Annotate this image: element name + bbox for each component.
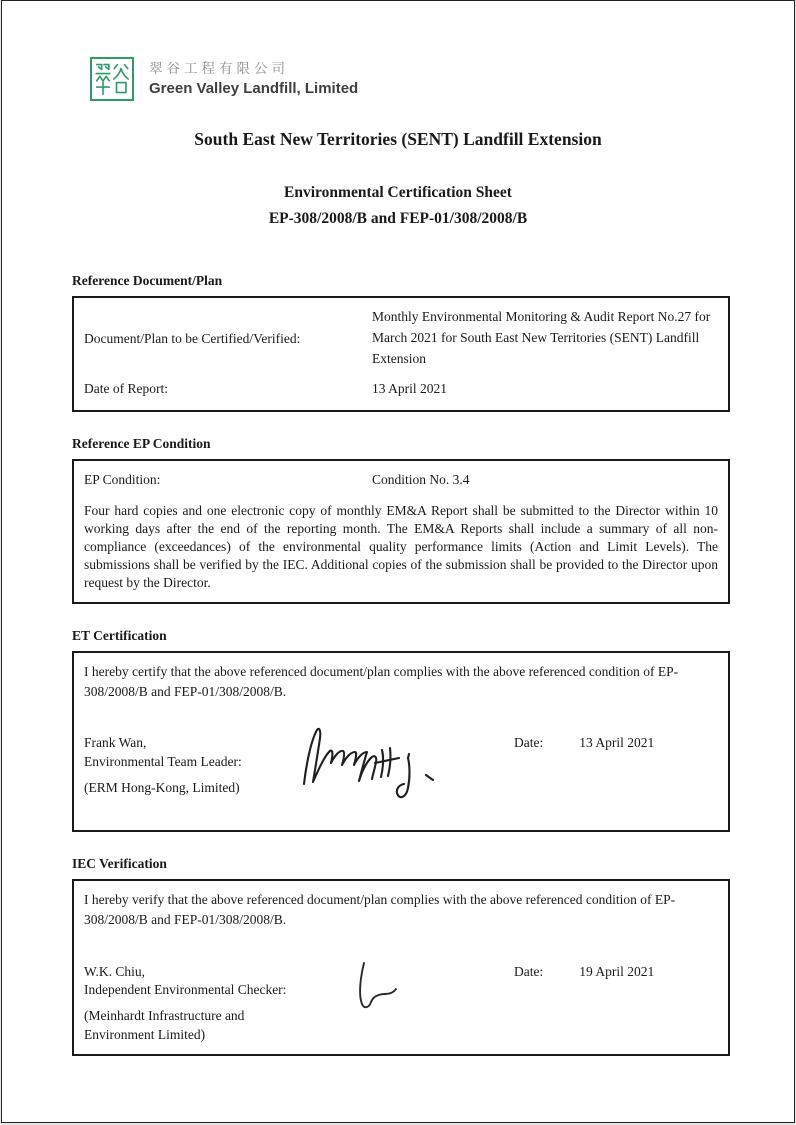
ep-condition-description: Four hard copies and one electronic copy… [84,502,718,592]
section-reference-ep-condition: Reference EP Condition EP Condition: Con… [72,436,730,604]
ep-condition-value: Condition No. 3.4 [372,470,718,491]
iec-verification-heading: IEC Verification [72,856,730,872]
company-name-chinese: 翠谷工程有限公司 [149,59,358,79]
document-body: Reference Document/Plan Document/Plan to… [2,273,794,1056]
iec-date-label: Date: [514,964,543,980]
table-row: Document/Plan to be Certified/Verified: … [84,307,718,370]
subtitle-line-1: Environmental Certification Sheet [2,180,794,206]
company-name-english: Green Valley Landfill, Limited [149,79,358,99]
table-row: EP Condition: Condition No. 3.4 [84,470,718,491]
reference-document-heading: Reference Document/Plan [72,273,730,289]
date-of-report-value: 13 April 2021 [372,379,718,400]
table-row: Date of Report: 13 April 2021 [84,379,718,400]
company-header: 翠谷工程有限公司 Green Valley Landfill, Limited [90,57,794,101]
document-title: South East New Territories (SENT) Landfi… [2,129,794,150]
section-iec-verification: IEC Verification I hereby verify that th… [72,856,730,1056]
iec-date-block: Date: 19 April 2021 [514,964,654,980]
section-reference-document: Reference Document/Plan Document/Plan to… [72,273,730,412]
reference-ep-condition-heading: Reference EP Condition [72,436,730,452]
et-signature-row: Frank Wan, Environmental Team Leader: (E… [84,734,718,820]
document-plan-label: Document/Plan to be Certified/Verified: [84,331,372,347]
et-certification-heading: ET Certification [72,628,730,644]
subtitle-line-2: EP-308/2008/B and FEP-01/308/2008/B [2,206,794,232]
iec-date-value: 19 April 2021 [579,964,654,980]
iec-signature-icon [332,957,422,1023]
et-date-block: Date: 13 April 2021 [514,735,654,751]
iec-verification-box: I hereby verify that the above reference… [72,879,730,1056]
et-certification-box: I hereby certify that the above referenc… [72,651,730,833]
company-name-block: 翠谷工程有限公司 Green Valley Landfill, Limited [149,59,358,98]
document-plan-value: Monthly Environmental Monitoring & Audit… [372,307,718,370]
ep-condition-label: EP Condition: [84,472,372,488]
certification-sheet-page: 翠谷工程有限公司 Green Valley Landfill, Limited … [1,0,795,1123]
et-date-label: Date: [514,735,543,751]
ep-condition-table: EP Condition: Condition No. 3.4 Four har… [72,459,730,604]
reference-document-table: Document/Plan to be Certified/Verified: … [72,296,730,412]
green-valley-logo-icon [90,57,134,101]
iec-verification-statement: I hereby verify that the above reference… [84,890,718,931]
document-subtitle: Environmental Certification Sheet EP-308… [2,180,794,231]
iec-signature-row: W.K. Chiu, Independent Environmental Che… [84,963,718,1044]
iec-signatory-company-line2: Environment Limited) [84,1026,718,1044]
section-et-certification: ET Certification I hereby certify that t… [72,628,730,833]
et-date-value: 13 April 2021 [579,735,654,751]
et-certification-statement: I hereby certify that the above referenc… [84,662,718,703]
date-of-report-label: Date of Report: [84,381,372,397]
logo-characters-icon [94,61,130,97]
et-signature-icon [296,720,456,810]
